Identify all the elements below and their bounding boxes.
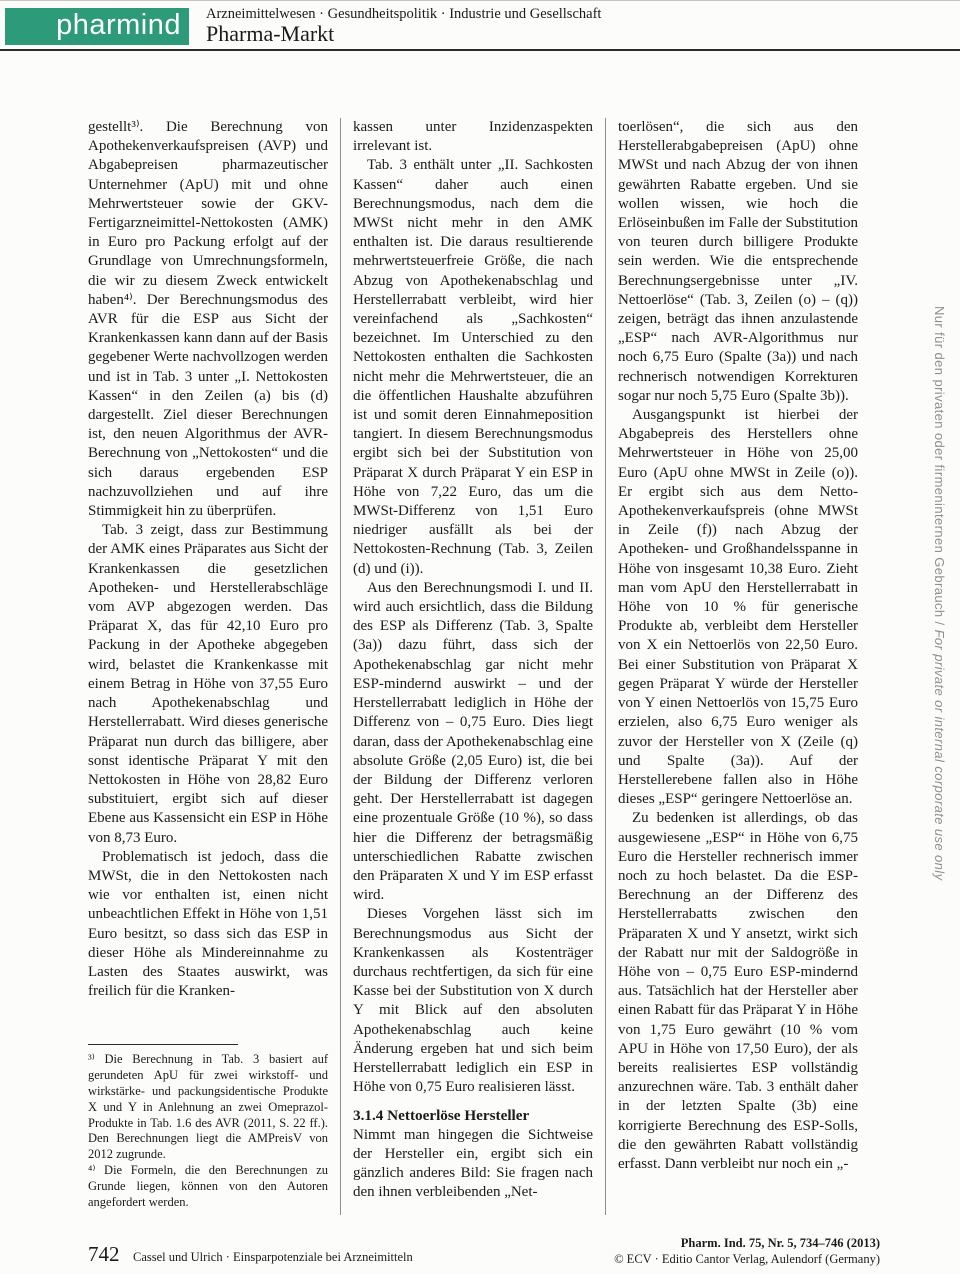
footnote-3: ³⁾ Die Berechnung in Tab. 3 basiert auf …	[88, 1052, 328, 1163]
article-body: gestellt³⁾. Die Berechnung von Apotheken…	[88, 118, 858, 1215]
journal-page: pharmind Arzneimittelwesen · Gesundheits…	[0, 0, 960, 1274]
column-1: gestellt³⁾. Die Berechnung von Apotheken…	[88, 118, 328, 1215]
paragraph: Aus den Berechnungsmodi I. und II. wird …	[353, 579, 593, 905]
paragraph: Zu bedenken ist allerdings, ob das ausge…	[618, 809, 858, 1174]
footnotes-block: ³⁾ Die Berechnung in Tab. 3 basiert auf …	[88, 1044, 328, 1215]
paragraph: Tab. 3 zeigt, dass zur Bestimmung der AM…	[88, 521, 328, 847]
paragraph: toerlösen“, die sich aus den Herstellera…	[618, 118, 858, 406]
page-header: pharmind Arzneimittelwesen · Gesundheits…	[0, 0, 960, 51]
page-footer: 742 Cassel und Ulrich · Einsparpotenzial…	[0, 1230, 960, 1274]
footnote-divider	[88, 1044, 238, 1045]
footer-right-block: Pharm. Ind. 75, Nr. 5, 734–746 (2013) © …	[614, 1236, 880, 1267]
running-title: Cassel und Ulrich · Einsparpotenziale be…	[133, 1250, 413, 1265]
section-title: Pharma-Markt	[206, 21, 334, 47]
paragraph: Nimmt man hingegen die Sichtweise der He…	[353, 1126, 593, 1203]
pharmind-logo-text: pharmind	[56, 9, 181, 41]
paragraph: Tab. 3 enthält unter „II. Sachkosten Kas…	[353, 156, 593, 578]
usage-notice-german: Nur für den privaten oder firmeninternen…	[932, 306, 947, 630]
journal-citation: Pharm. Ind. 75, Nr. 5, 734–746 (2013)	[614, 1236, 880, 1252]
page-number: 742	[88, 1242, 120, 1267]
section-heading-3-1-4: 3.1.4 Nettoerlöse Hersteller	[353, 1106, 593, 1125]
usage-notice-english: For private or internal corporate use on…	[932, 630, 947, 881]
paragraph: kassen unter Inzidenzaspekten irrelevant…	[353, 118, 593, 156]
paragraph: Dieses Vorgehen lässt sich im Berechnung…	[353, 905, 593, 1097]
footnote-4: ⁴⁾ Die Formeln, die den Berechnungen zu …	[88, 1163, 328, 1211]
usage-notice: Nur für den privaten oder firmeninternen…	[932, 306, 947, 881]
paragraph: Ausgangspunkt ist hierbei der Abgabeprei…	[618, 406, 858, 809]
paragraph: gestellt³⁾. Die Berechnung von Apotheken…	[88, 118, 328, 521]
copyright-line: © ECV · Editio Cantor Verlag, Aulendorf …	[614, 1252, 880, 1268]
pharmind-logo: pharmind	[5, 8, 189, 45]
column-3: toerlösen“, die sich aus den Herstellera…	[605, 118, 858, 1215]
column-2: kassen unter Inzidenzaspekten irrelevant…	[340, 118, 593, 1215]
paragraph: Problematisch ist jedoch, dass die MWSt,…	[88, 848, 328, 1002]
